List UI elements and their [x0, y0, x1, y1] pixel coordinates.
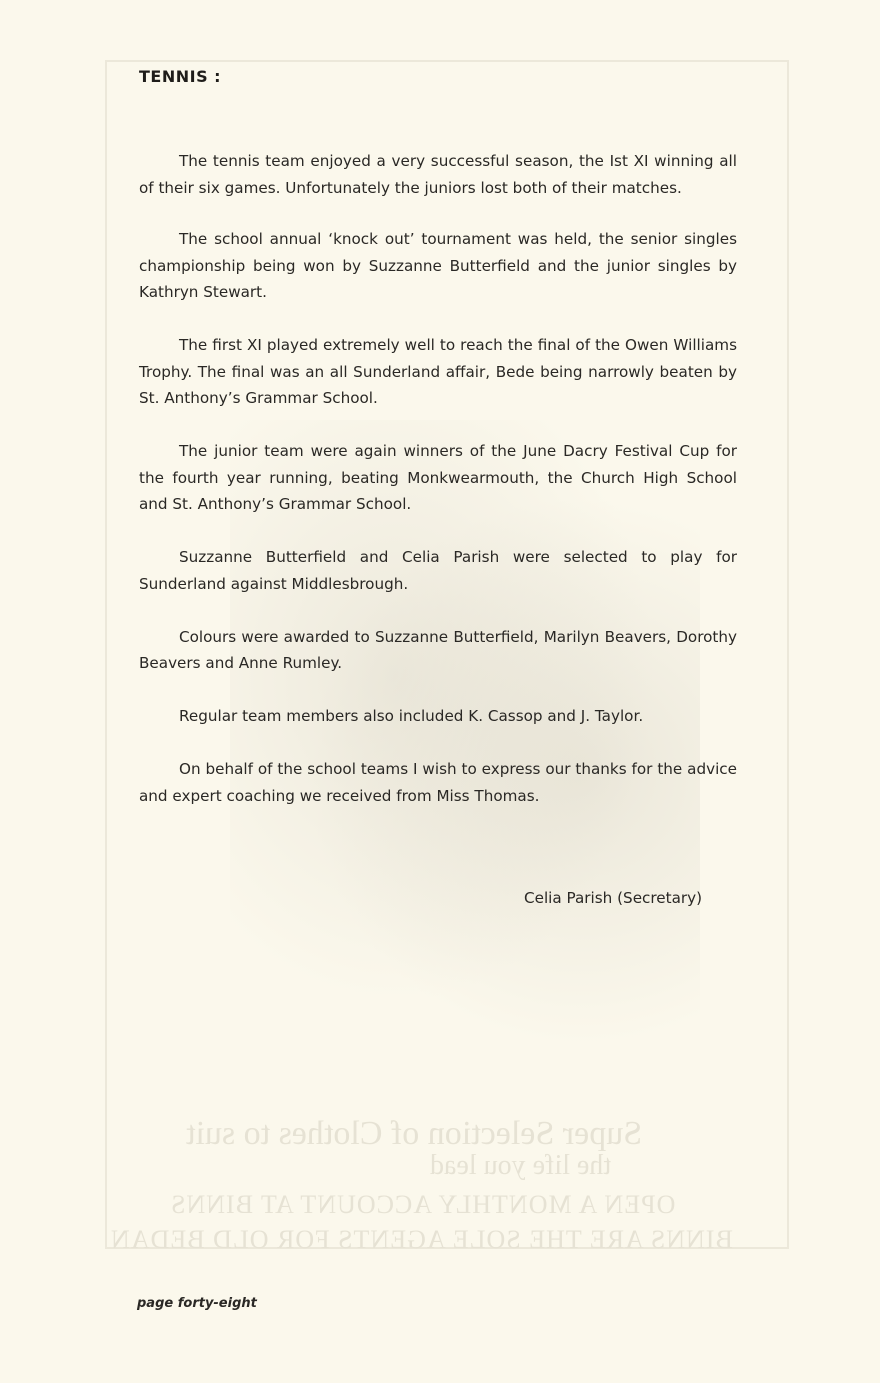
paragraph: Colours were awarded to Suzzanne Butterf… [139, 624, 737, 677]
paragraph: The tennis team enjoyed a very successfu… [139, 148, 737, 201]
article-body: The tennis team enjoyed a very successfu… [139, 148, 737, 836]
paragraph: The school annual ‘knock out’ tournament… [139, 226, 737, 306]
paragraph: On behalf of the school teams I wish to … [139, 756, 737, 809]
document-page: TENNIS : The tennis team enjoyed a very … [0, 0, 880, 1383]
page-number: page forty-eight [137, 1296, 257, 1311]
paragraph: The first XI played extremely well to re… [139, 332, 737, 412]
paragraph: Regular team members also included K. Ca… [139, 703, 737, 730]
signature: Celia Parish (Secretary) [524, 889, 702, 907]
paragraph: The junior team were again winners of th… [139, 438, 737, 518]
section-heading: TENNIS : [139, 67, 221, 86]
paragraph: Suzzanne Butterfield and Celia Parish we… [139, 544, 737, 597]
